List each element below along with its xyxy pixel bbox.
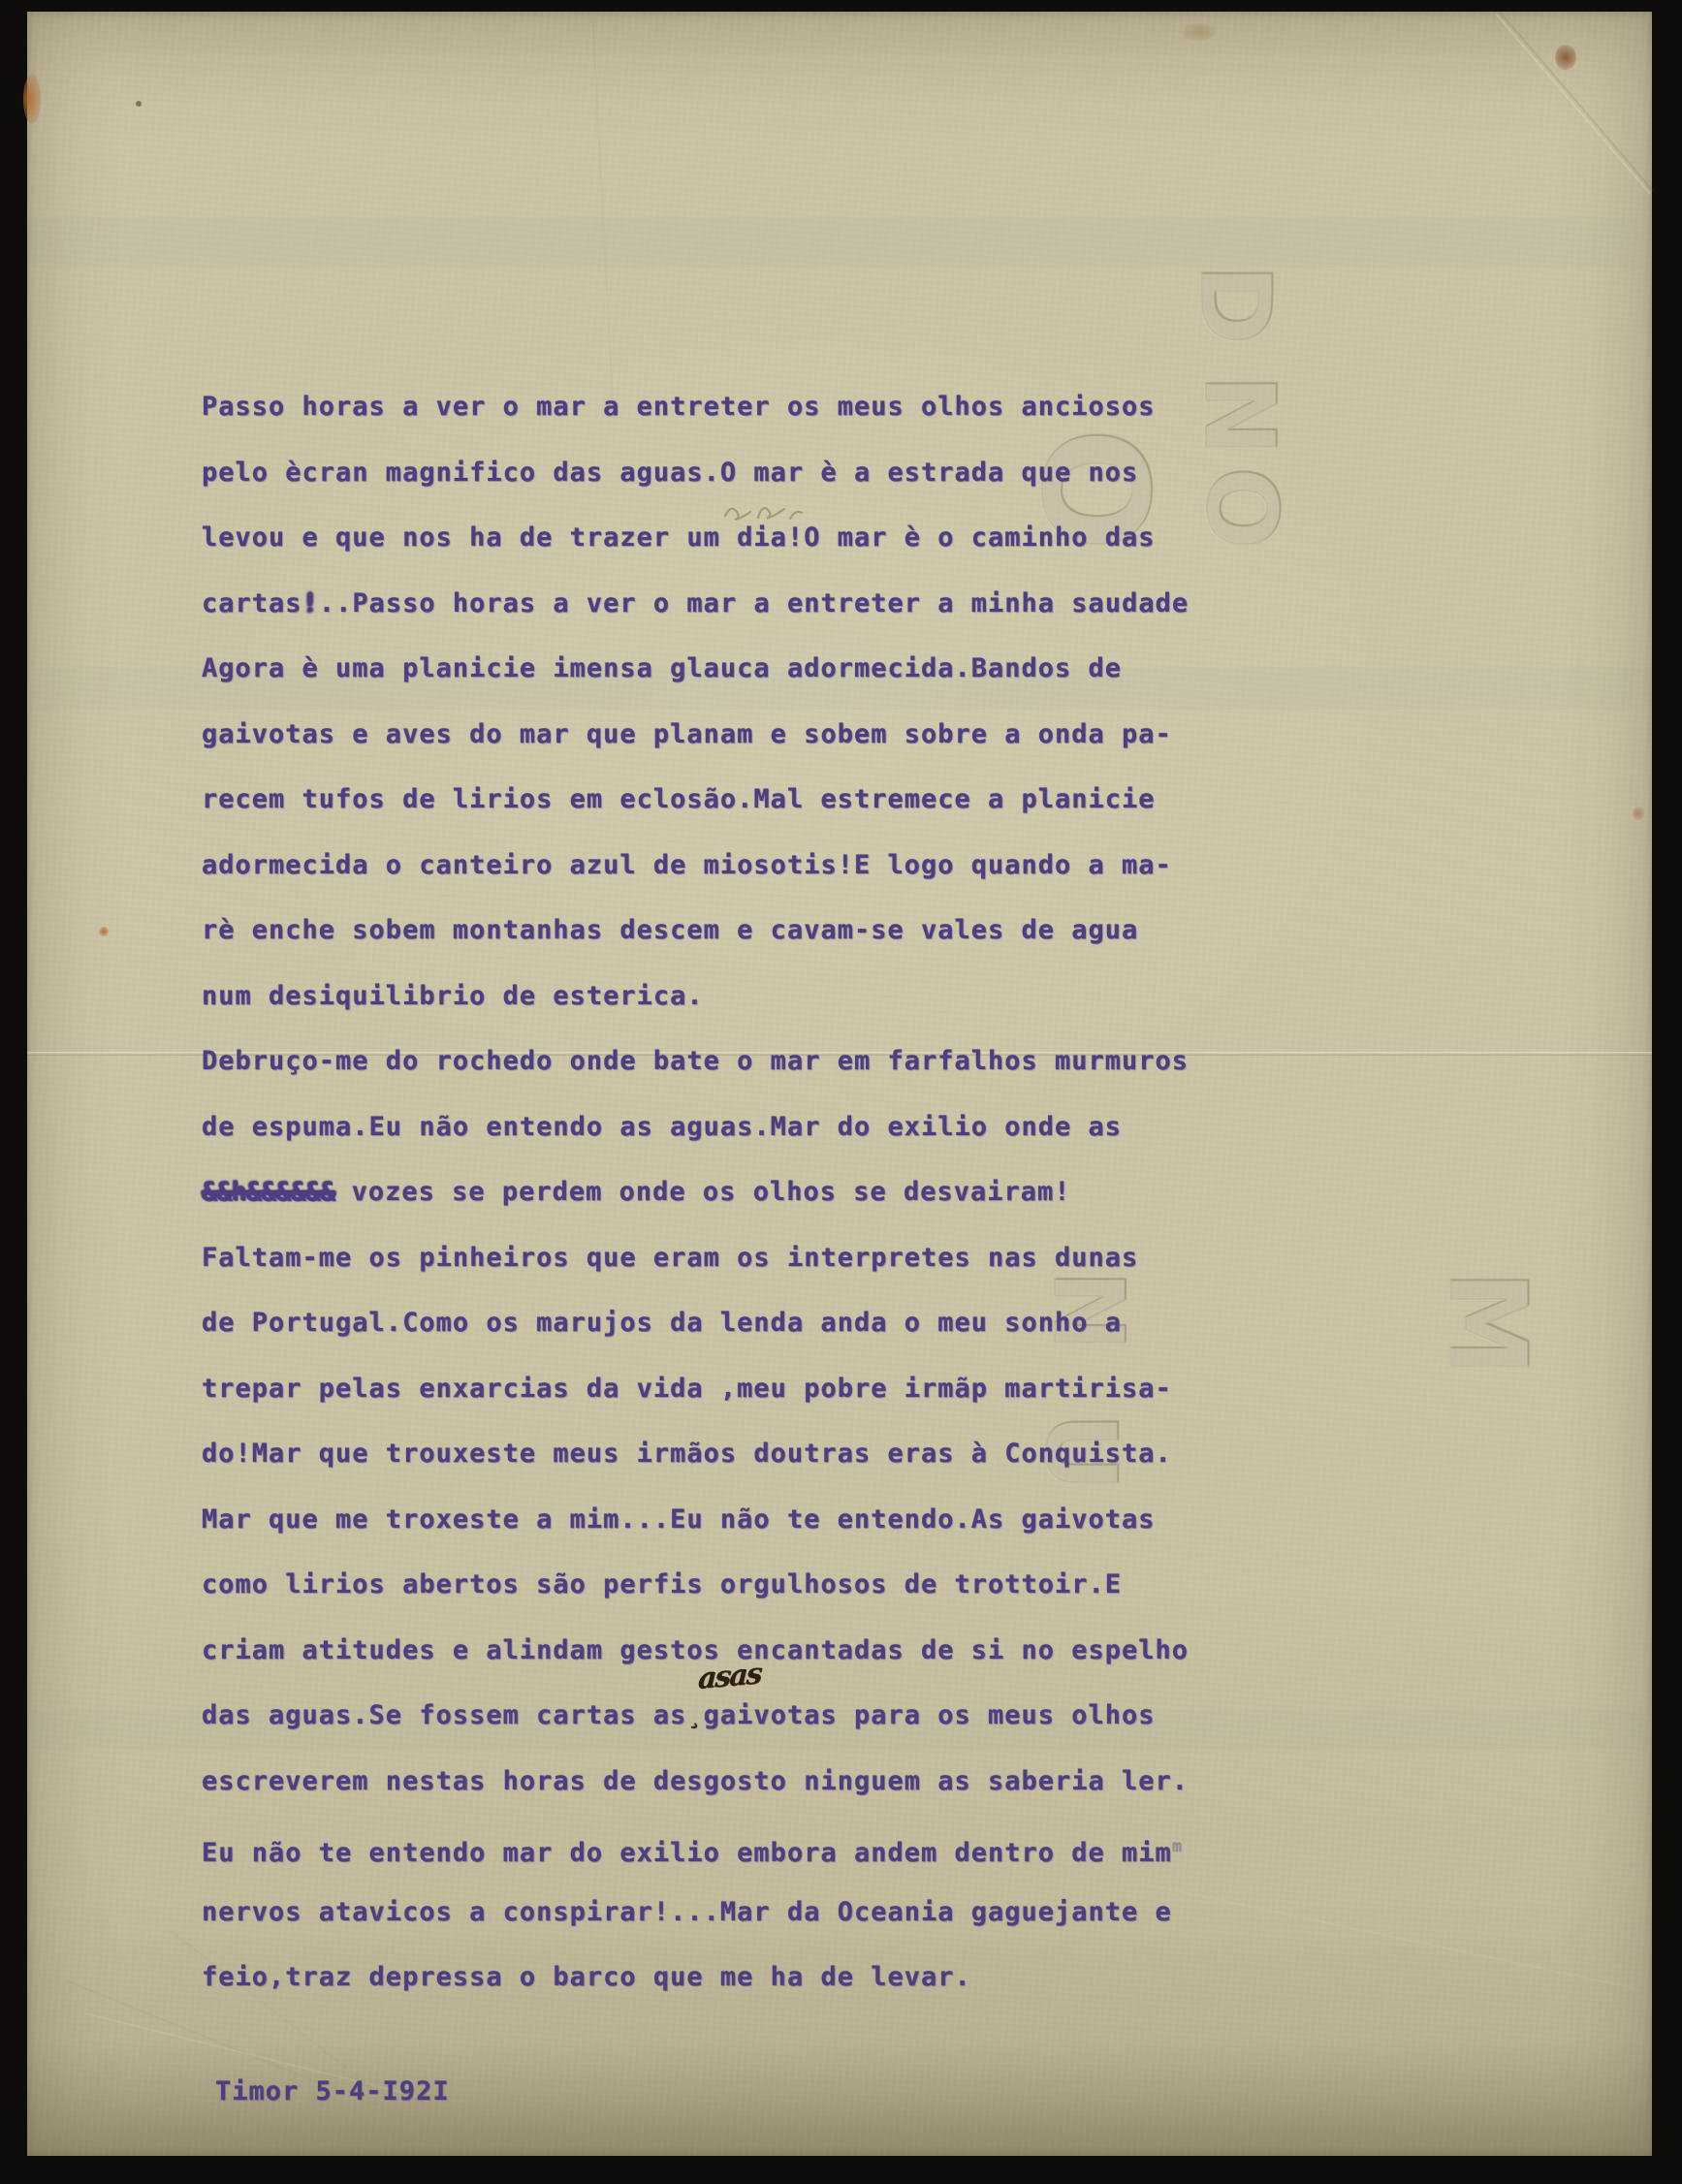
letter-segment: nervos atavicos a conspirar!...Mar da Oc…: [202, 1897, 1172, 1927]
letter-line: do!Mar que trouxeste meus irmãos doutras…: [202, 1421, 1404, 1487]
letter-segment: Agora è uma planicie imensa glauca adorm…: [202, 653, 1122, 683]
letter-segment: gaivotas para os meus olhos: [704, 1700, 1156, 1730]
letter-segment: do!Mar que trouxeste meus irmãos doutras…: [202, 1439, 1172, 1469]
stain-spot: [23, 74, 41, 124]
pencil-annotation: [721, 494, 809, 527]
stain-spot: [1633, 807, 1644, 820]
letter-segment: Passo horas a ver o mar a entreter os me…: [202, 392, 1156, 422]
letter-segment: de Portugal.Como os marujos da lenda and…: [202, 1308, 1122, 1338]
letter-line: rè enche sobem montanhas descem e cavam-…: [202, 898, 1404, 964]
letter-segment: Mar que me troxeste a mim...Eu não te en…: [202, 1504, 1156, 1535]
letter-segment: vozes se perdem onde os olhos se desvair…: [334, 1177, 1070, 1207]
handwritten-insertion: asas: [697, 1657, 761, 1696]
letter-segment: Debruço-me do rochedo onde bate o mar em…: [202, 1046, 1189, 1076]
corner-fold-highlight: [1495, 14, 1650, 195]
scanned-letter-screenshot: { "document": { "kind": "typewritten let…: [0, 0, 1682, 2184]
letter-line: trepar pelas enxarcias da vida ,meu pobr…: [202, 1356, 1404, 1422]
letter-segment: Faltam-me os pinheiros que eram os inter…: [202, 1243, 1138, 1273]
letter-line: das aguas.Se fossem cartas as¸gaivotas p…: [202, 1683, 1404, 1749]
letter-line: criam atitudes e alindam gestos encantad…: [202, 1618, 1404, 1684]
letter-segment: pelo ècran magnifico das aguas.O mar è a…: [202, 458, 1138, 488]
stain-spot: [1183, 23, 1216, 41]
letter-line: Debruço-me do rochedo onde bate o mar em…: [202, 1029, 1404, 1094]
letter-page: DNOONUM Passo horas a ver o mar a entret…: [27, 12, 1652, 2156]
letter-line: cartas!..Passo horas a ver o mar a entre…: [202, 571, 1404, 637]
letter-line: Mar que me troxeste a mim...Eu não te en…: [202, 1487, 1404, 1553]
letter-segment: num desiquilibrio de esterica.: [202, 981, 704, 1011]
letter-line: adormecida o canteiro azul de miosotis!E…: [202, 833, 1404, 899]
letter-line: escreverem nestas horas de desgosto ning…: [202, 1749, 1404, 1815]
letter-segment-blot: !: [302, 588, 319, 618]
letter-segment: das aguas.Se fossem cartas as: [202, 1700, 686, 1730]
vertical-crease: [591, 12, 615, 419]
letter-line: feio,traz depressa o barco que me ha de …: [202, 1945, 1404, 2010]
letter-segment: criam atitudes e alindam gestos encantad…: [202, 1635, 1189, 1665]
letter-segment-caret-mark: ¸: [686, 1700, 703, 1730]
letter-line: recem tufos de lirios em eclosão.Mal est…: [202, 767, 1404, 833]
letter-line: como lirios abertos são perfis orgulhoso…: [202, 1552, 1404, 1618]
letter-line: gaivotas e aves do mar que planam e sobe…: [202, 702, 1404, 768]
stain-spot: [99, 927, 109, 936]
letter-segment: trepar pelas enxarcias da vida ,meu pobr…: [202, 1374, 1172, 1404]
letter-segment: gaivotas e aves do mar que planam e sobe…: [202, 719, 1172, 749]
letter-segment: como lirios abertos são perfis orgulhoso…: [202, 1569, 1122, 1599]
letter-segment: adormecida o canteiro azul de miosotis!E…: [202, 850, 1172, 880]
letter-line: Faltam-me os pinheiros que eram os inter…: [202, 1225, 1404, 1291]
dateline: Timor 5-4-I92I: [215, 2059, 450, 2125]
letter-line: Agora è uma planicie imensa glauca adorm…: [202, 636, 1404, 702]
letter-line: num desiquilibrio de esterica.: [202, 964, 1404, 1029]
letter-segment-ghost-sup: m: [1172, 1836, 1182, 1855]
letter-line: Eu não te entendo mar do exilio embora a…: [202, 1814, 1404, 1880]
letter-line: &&h&&&&&& vozes se perdem onde os olhos …: [202, 1159, 1404, 1225]
letter-segment: de espuma.Eu não entendo as aguas.Mar do…: [202, 1112, 1122, 1142]
letter-segment: Eu não te entendo mar do exilio embora a…: [202, 1838, 1172, 1868]
corner-fold-crease: [1499, 12, 1654, 193]
letter-segment: rè enche sobem montanhas descem e cavam-…: [202, 915, 1138, 945]
letter-line: Passo horas a ver o mar a entreter os me…: [202, 374, 1404, 440]
letter-segment: escreverem nestas horas de desgosto ning…: [202, 1766, 1189, 1796]
letter-line: de Portugal.Como os marujos da lenda and…: [202, 1290, 1404, 1356]
letter-body: Passo horas a ver o mar a entreter os me…: [202, 374, 1404, 2010]
letter-segment: ..Passo horas a ver o mar a entreter a m…: [319, 588, 1189, 618]
letter-segment: cartas: [202, 588, 302, 618]
letter-segment: feio,traz depressa o barco que me ha de …: [202, 1962, 971, 1992]
letter-line: nervos atavicos a conspirar!...Mar da Oc…: [202, 1880, 1404, 1946]
letter-segment: levou e que nos ha de trazer um dia!O ma…: [202, 522, 1156, 553]
scan-tint-band: [27, 217, 1652, 268]
watermark-letter: M: [1435, 1270, 1541, 1376]
watermark-letter: D: [1187, 264, 1284, 344]
stain-spot: [1555, 45, 1576, 70]
letter-line: de espuma.Eu não entendo as aguas.Mar do…: [202, 1094, 1404, 1160]
letter-segment: recem tufos de lirios em eclosão.Mal est…: [202, 784, 1156, 814]
letter-segment-strike: &&h&&&&&&: [202, 1177, 334, 1207]
stain-spot: [136, 101, 142, 107]
